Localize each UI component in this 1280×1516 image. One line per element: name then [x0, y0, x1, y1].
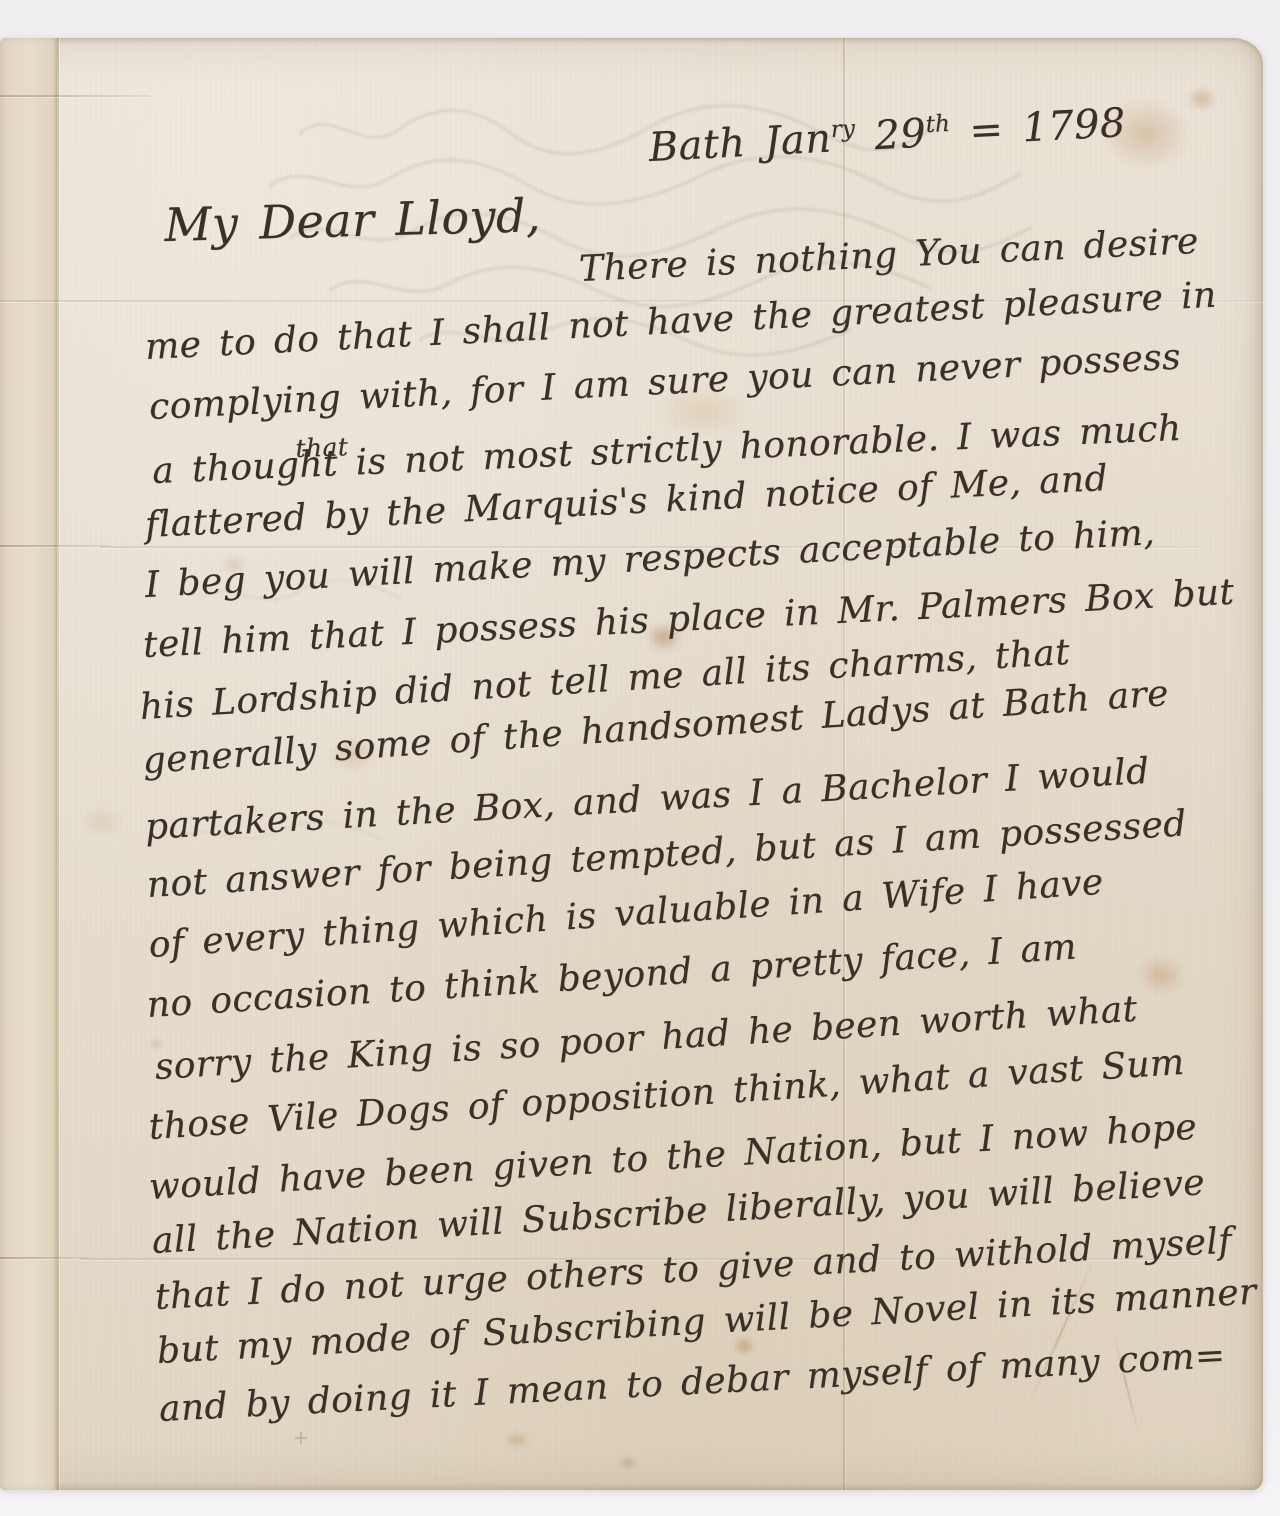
- stain: [80, 806, 124, 838]
- stain: [1136, 954, 1186, 996]
- stain: [1186, 86, 1218, 112]
- stray-pen-mark: [295, 1432, 307, 1444]
- stain: [503, 1431, 531, 1449]
- dateline-day: 29: [854, 111, 927, 161]
- dateline-year: = 1798: [949, 100, 1127, 155]
- dateline-superscript-ry: ry: [830, 115, 856, 143]
- scanned-letter-stage: Bath Janry 29th = 1798 My Dear Lloyd, Th…: [0, 0, 1280, 1516]
- stain: [620, 1456, 636, 1470]
- dateline-prefix: Bath Jan: [648, 116, 833, 171]
- dateline-superscript-th: th: [925, 110, 951, 138]
- salutation: My Dear Lloyd,: [164, 188, 542, 252]
- letter-page: Bath Janry 29th = 1798 My Dear Lloyd, Th…: [0, 38, 1263, 1490]
